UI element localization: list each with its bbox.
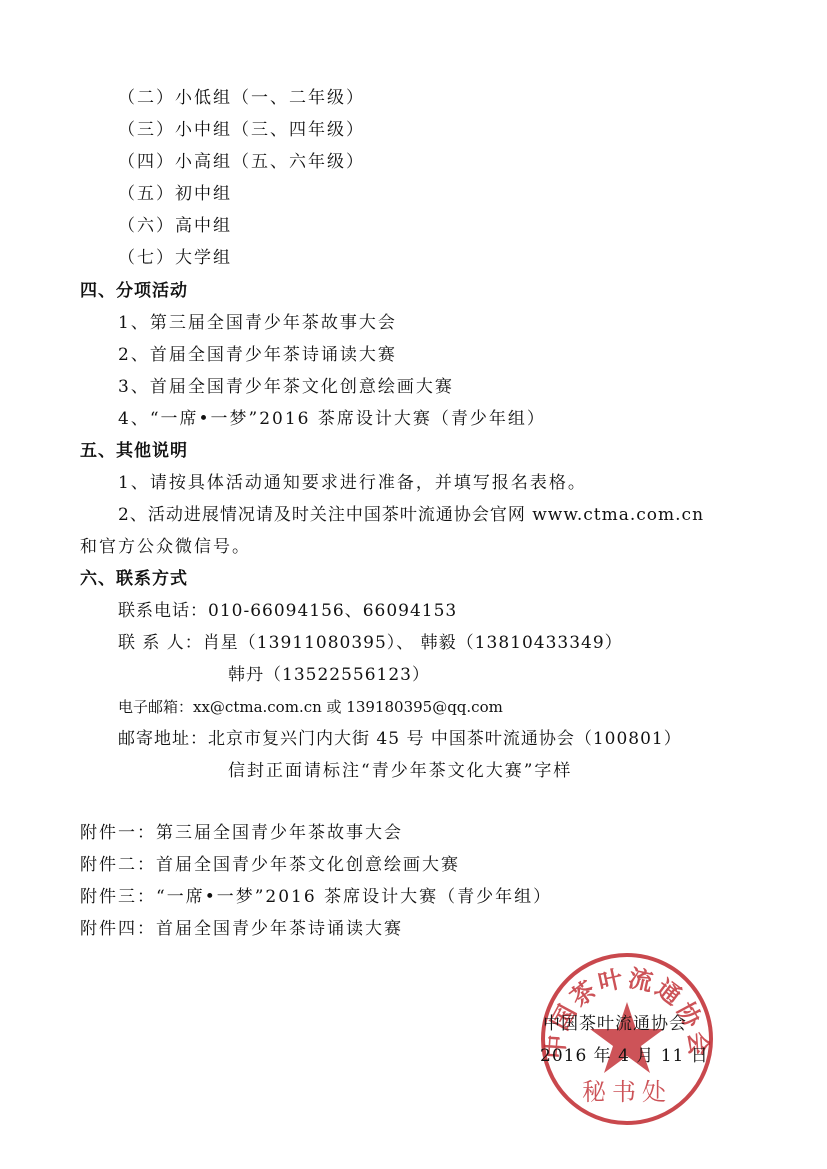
contact-persons: 联 系 人：肖星（13911080395）、 韩毅（13810433349） [118, 633, 623, 653]
attachment-item: 附件二：首届全国青少年茶文化创意绘画大赛 [80, 855, 460, 875]
note-item: 1、请按具体活动通知要求进行准备，并填写报名表格。 [118, 473, 587, 493]
group-item: （三）小中组（三、四年级） [118, 120, 365, 140]
section-heading-notes: 五、其他说明 [80, 441, 188, 461]
contact-address-note: 信封正面请标注“青少年茶文化大赛”字样 [228, 761, 572, 781]
contact-address: 邮寄地址：北京市复兴门内大街 45 号 中国茶叶流通协会（100801） [118, 729, 682, 749]
svg-text:秘书处: 秘书处 [582, 1078, 672, 1106]
activity-item: 4、“一席•一梦”2016 茶席设计大赛（青少年组） [118, 409, 546, 429]
contact-persons-continued: 韩丹（13522556123） [228, 665, 430, 685]
contact-email: 电子邮箱：xx@ctma.com.cn 或 139180395@qq.com [118, 697, 503, 717]
signature-date: 2016 年 4 月 11 日 [540, 1046, 709, 1066]
activity-item: 2、首届全国青少年茶诗诵读大赛 [118, 345, 397, 365]
attachment-item: 附件一：第三届全国青少年茶故事大会 [80, 823, 403, 843]
note-item-continued: 和官方公众微信号。 [80, 537, 251, 557]
group-item: （五）初中组 [118, 184, 232, 204]
contact-phone: 联系电话：010-66094156、66094153 [118, 601, 457, 621]
group-item: （七）大学组 [118, 248, 232, 268]
attachment-item: 附件三：“一席•一梦”2016 茶席设计大赛（青少年组） [80, 887, 552, 907]
section-heading-contact: 六、联系方式 [80, 569, 188, 589]
group-item: （二）小低组（一、二年级） [118, 88, 365, 108]
signature-org: 中国茶叶流通协会 [543, 1014, 687, 1034]
attachment-item: 附件四：首届全国青少年茶诗诵读大赛 [80, 919, 403, 939]
group-item: （四）小高组（五、六年级） [118, 152, 365, 172]
note-item: 2、活动进展情况请及时关注中国茶叶流通协会官网 www.ctma.com.cn [118, 505, 704, 525]
official-seal-icon: 中国茶叶流通协会 秘书处 [538, 950, 716, 1128]
activity-item: 1、第三届全国青少年茶故事大会 [118, 313, 397, 333]
section-heading-activities: 四、分项活动 [80, 281, 188, 301]
group-item: （六）高中组 [118, 216, 232, 236]
activity-item: 3、首届全国青少年茶文化创意绘画大赛 [118, 377, 454, 397]
